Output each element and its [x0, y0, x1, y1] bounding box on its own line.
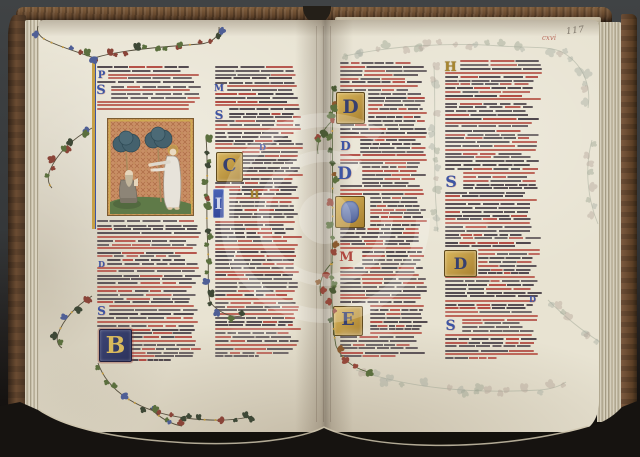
manuscript-photograph: PSDSBMSDCIHDDDMEHSDDS cxvi 117 — [0, 0, 640, 457]
folio-roman-numeral: cxvi — [542, 34, 556, 42]
watermark-text-smudge — [442, 219, 488, 227]
watermark-text-smudge — [340, 329, 392, 337]
watermark-text-smudge — [230, 326, 290, 335]
concentric-rings-logo — [227, 120, 488, 337]
watermark-layer — [0, 0, 640, 457]
